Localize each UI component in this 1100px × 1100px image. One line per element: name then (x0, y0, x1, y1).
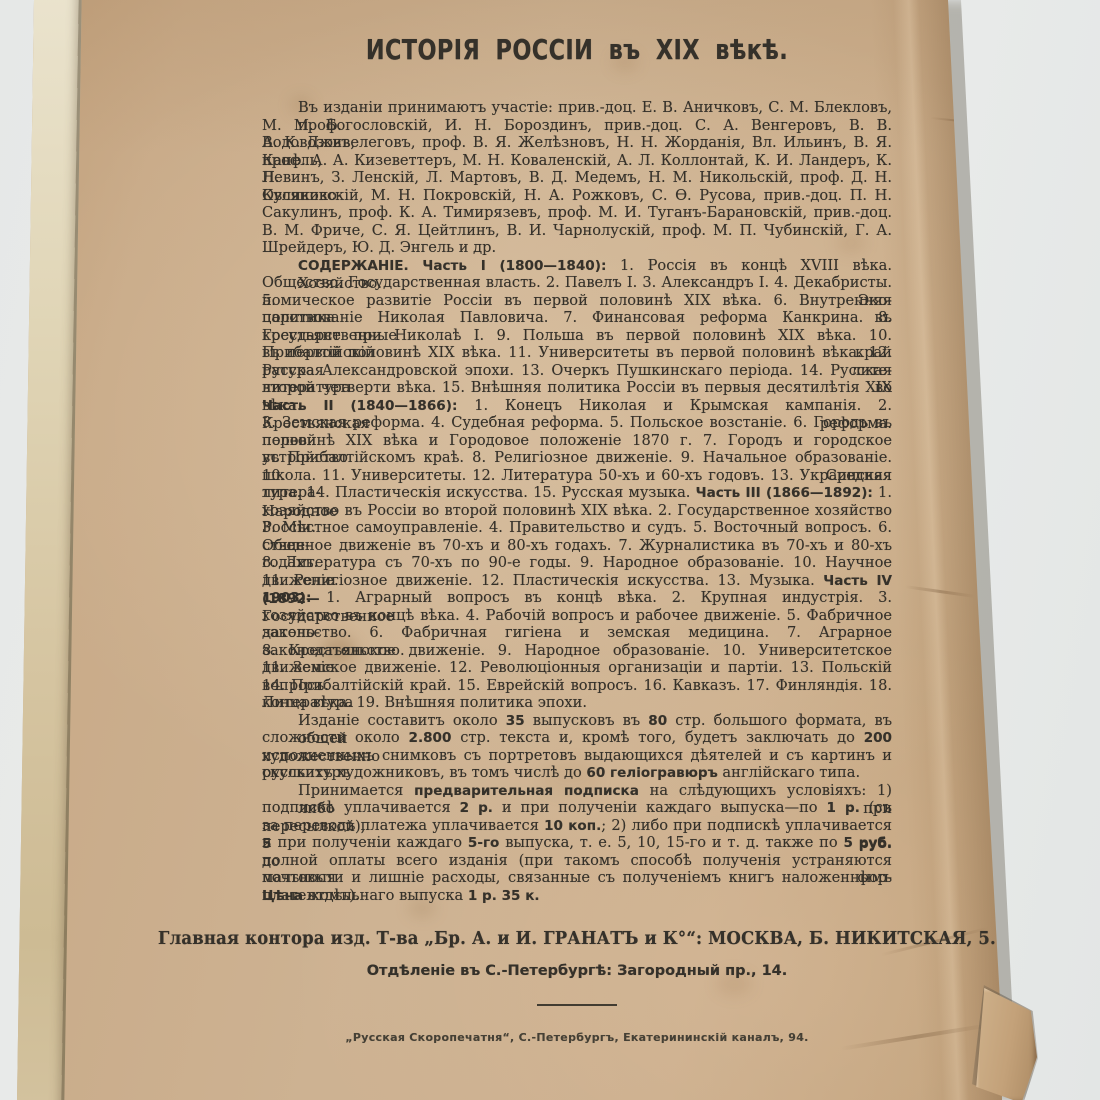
text-line: Въ изданіи принимаютъ участіе: прив.-доц… (262, 99, 892, 117)
text-line: М. М. Богословскій, И. Н. Бороздинъ, при… (262, 117, 892, 135)
text-line: дательство. 6. Фабричная гигіена и земск… (262, 624, 892, 642)
text-line: 3. Земская реформа. 4. Судебная реформа.… (262, 414, 892, 432)
text-line: 8. Литература съ 70-хъ по 90-е годы. 9. … (262, 554, 892, 572)
text-line: конца вѣка. 19. Внѣшняя политика эпохи. (262, 694, 892, 712)
text-line: Куликовскій, М. Н. Покровскій, Н. А. Рож… (262, 187, 892, 205)
text-line: 8. Крестьянское движеніе. 9. Народное об… (262, 642, 892, 660)
text-line: хозяйство въ концѣ вѣка. 4. Рабочій вопр… (262, 607, 892, 625)
publisher-office-text: Главная контора изд. Т-ва „Бр. А. и И. Г… (158, 929, 996, 949)
page-title: ИСТОРІЯ РОССІИ въ XIX вѣкѣ. (325, 33, 829, 66)
text-line: 11. Религіозное движеніе. 12. Пластическ… (262, 572, 892, 590)
printer-imprint: „Русская Скоропечатня“, С.-Петербургъ, Е… (262, 1031, 892, 1044)
text-line: русскихъ художниковъ, въ томъ числѣ до 6… (262, 764, 892, 782)
text-line: А. К. Дживелеговъ, проф. В. Я. Желѣзновъ… (262, 134, 892, 152)
text-line: Изданіе составитъ около 35 выпусковъ въ … (262, 712, 892, 730)
text-line: номическое развитіе Россіи въ первой пол… (262, 292, 892, 310)
spine-edge (15, 0, 81, 1100)
text-line: 14. Прибалтійскій край. 15. Еврейскій во… (262, 677, 892, 695)
text-line: сложности около 2.800 стр. текста и, кро… (262, 729, 892, 747)
text-line: Шрейдеръ, Ю. Д. Энгель и др. (262, 239, 892, 257)
text-line: хозяйство въ Россіи во второй половинѣ X… (262, 502, 892, 520)
text-line: царствованіе Николая Павловича. 7. Финан… (262, 309, 892, 327)
book-photo: ИСТОРІЯ РОССІИ въ XIX вѣкѣ. Въ изданіи п… (0, 0, 1100, 1100)
text-line: Часть II (1840—1866): 1. Конецъ Николая … (262, 397, 892, 415)
text-line: второй четверти вѣка. 15. Внѣшняя полити… (262, 379, 892, 397)
text-line: полной оплаты всего изданія (при такомъ … (262, 852, 892, 870)
branch-office-line: Отдѣленіе въ С.-Петербургѣ: Загородный п… (262, 963, 892, 979)
text-line: въ первой половинѣ XIX вѣка. 11. Универс… (262, 344, 892, 362)
text-line: 3. Мѣстное самоуправленіе. 4. Правительс… (262, 519, 892, 537)
text-line: 11. Земское движеніе. 12. Революціонныя … (262, 659, 892, 677)
text-line: проф. А. А. Кизеветтеръ, М. Н. Коваленск… (262, 152, 892, 170)
text-line: Принимается предварительная подписка на … (262, 782, 892, 800)
torn-corner-flap (975, 988, 1037, 1100)
text-line: В. М. Фриче, С. Я. Цейтлинъ, В. И. Чарно… (262, 222, 892, 240)
text-line: въ Прибалтійскомъ краѣ. 8. Религіозное д… (262, 449, 892, 467)
book-page: ИСТОРІЯ РОССІИ въ XIX вѣкѣ. Въ изданіи п… (0, 0, 1100, 1100)
text-line: крестьяне при Николаѣ I. 9. Польша въ пе… (262, 327, 892, 345)
text-line: исполненныхъ снимковъ съ портретовъ выда… (262, 747, 892, 765)
body-paragraphs: Въ изданіи принимаютъ участіе: прив.-доц… (262, 99, 892, 904)
publisher-office-line: Главная контора изд. Т-ва „Бр. А. и И. Г… (253, 929, 902, 949)
text-line: за переводъ платежа уплачивается 10 коп.… (262, 817, 892, 835)
text-line: Левинъ, З. Ленскій, Л. Мартовъ, В. Д. Ме… (262, 169, 892, 187)
text-line: Общество. Государственная власть. 2. Пав… (262, 274, 892, 292)
text-line: Цѣна отдѣльнаго выпуска 1 р. 35 к. (262, 887, 892, 905)
paragraph-subscription-terms: Принимается предварительная подписка на … (262, 782, 892, 905)
footer-divider-rule (537, 1004, 617, 1006)
paragraph-participants: Въ изданіи принимаютъ участіе: прив.-доц… (262, 99, 892, 257)
paragraph-contents: СОДЕРЖАНІЕ. Часть I (1800—1840): 1. Росс… (262, 257, 892, 712)
paragraph-edition-size: Изданіе составитъ около 35 выпусковъ въ … (262, 712, 892, 782)
text-line: мальности и лишніе расходы, связанные съ… (262, 869, 892, 887)
text-line: СОДЕРЖАНІЕ. Часть I (1800—1840): 1. Росс… (262, 257, 892, 275)
text-line: ственное движеніе въ 70-хъ и 80-хъ годах… (262, 537, 892, 555)
text-line: ратура Александровской эпохи. 13. Очеркъ… (262, 362, 892, 380)
text-line: половинѣ XIX вѣка и Городовое положеніе … (262, 432, 892, 450)
text-line: и при полученіи каждаго 5-го выпуска, т.… (262, 834, 892, 852)
text-line: Сакулинъ, проф. К. А. Тимирязевъ, проф. … (262, 204, 892, 222)
text-line: школа. 11. Университеты. 12. Литература … (262, 467, 892, 485)
text-line: подпискѣ уплачивается 2 р. и при получен… (262, 799, 892, 817)
text-line: тура. 14. Пластическія искусства. 15. Ру… (262, 484, 892, 502)
text-line: 1903): 1. Аграрный вопросъ въ концѣ вѣка… (262, 589, 892, 607)
